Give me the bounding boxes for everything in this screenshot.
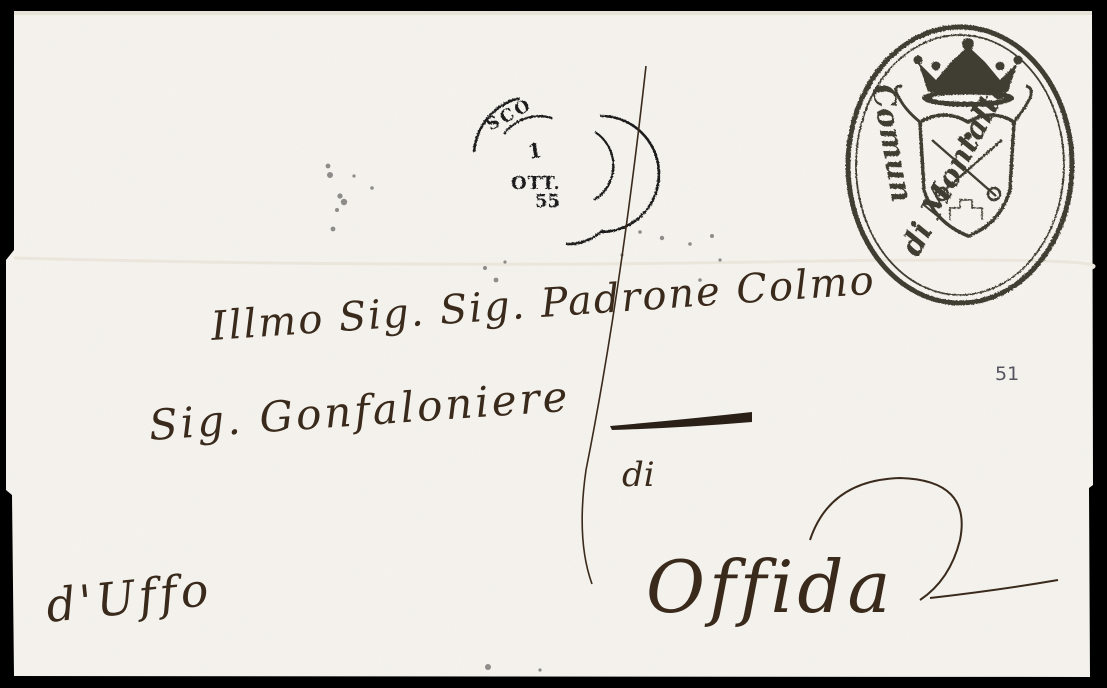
postmark-year: 55 [535, 191, 560, 212]
address-line-3: di [622, 455, 655, 495]
letter-scan: SCO 1 OTT. 55 Comun di [0, 0, 1107, 688]
address-city: Offida [646, 545, 894, 629]
pencil-number: 51 [995, 363, 1019, 385]
paper-top-tint [14, 11, 1092, 15]
